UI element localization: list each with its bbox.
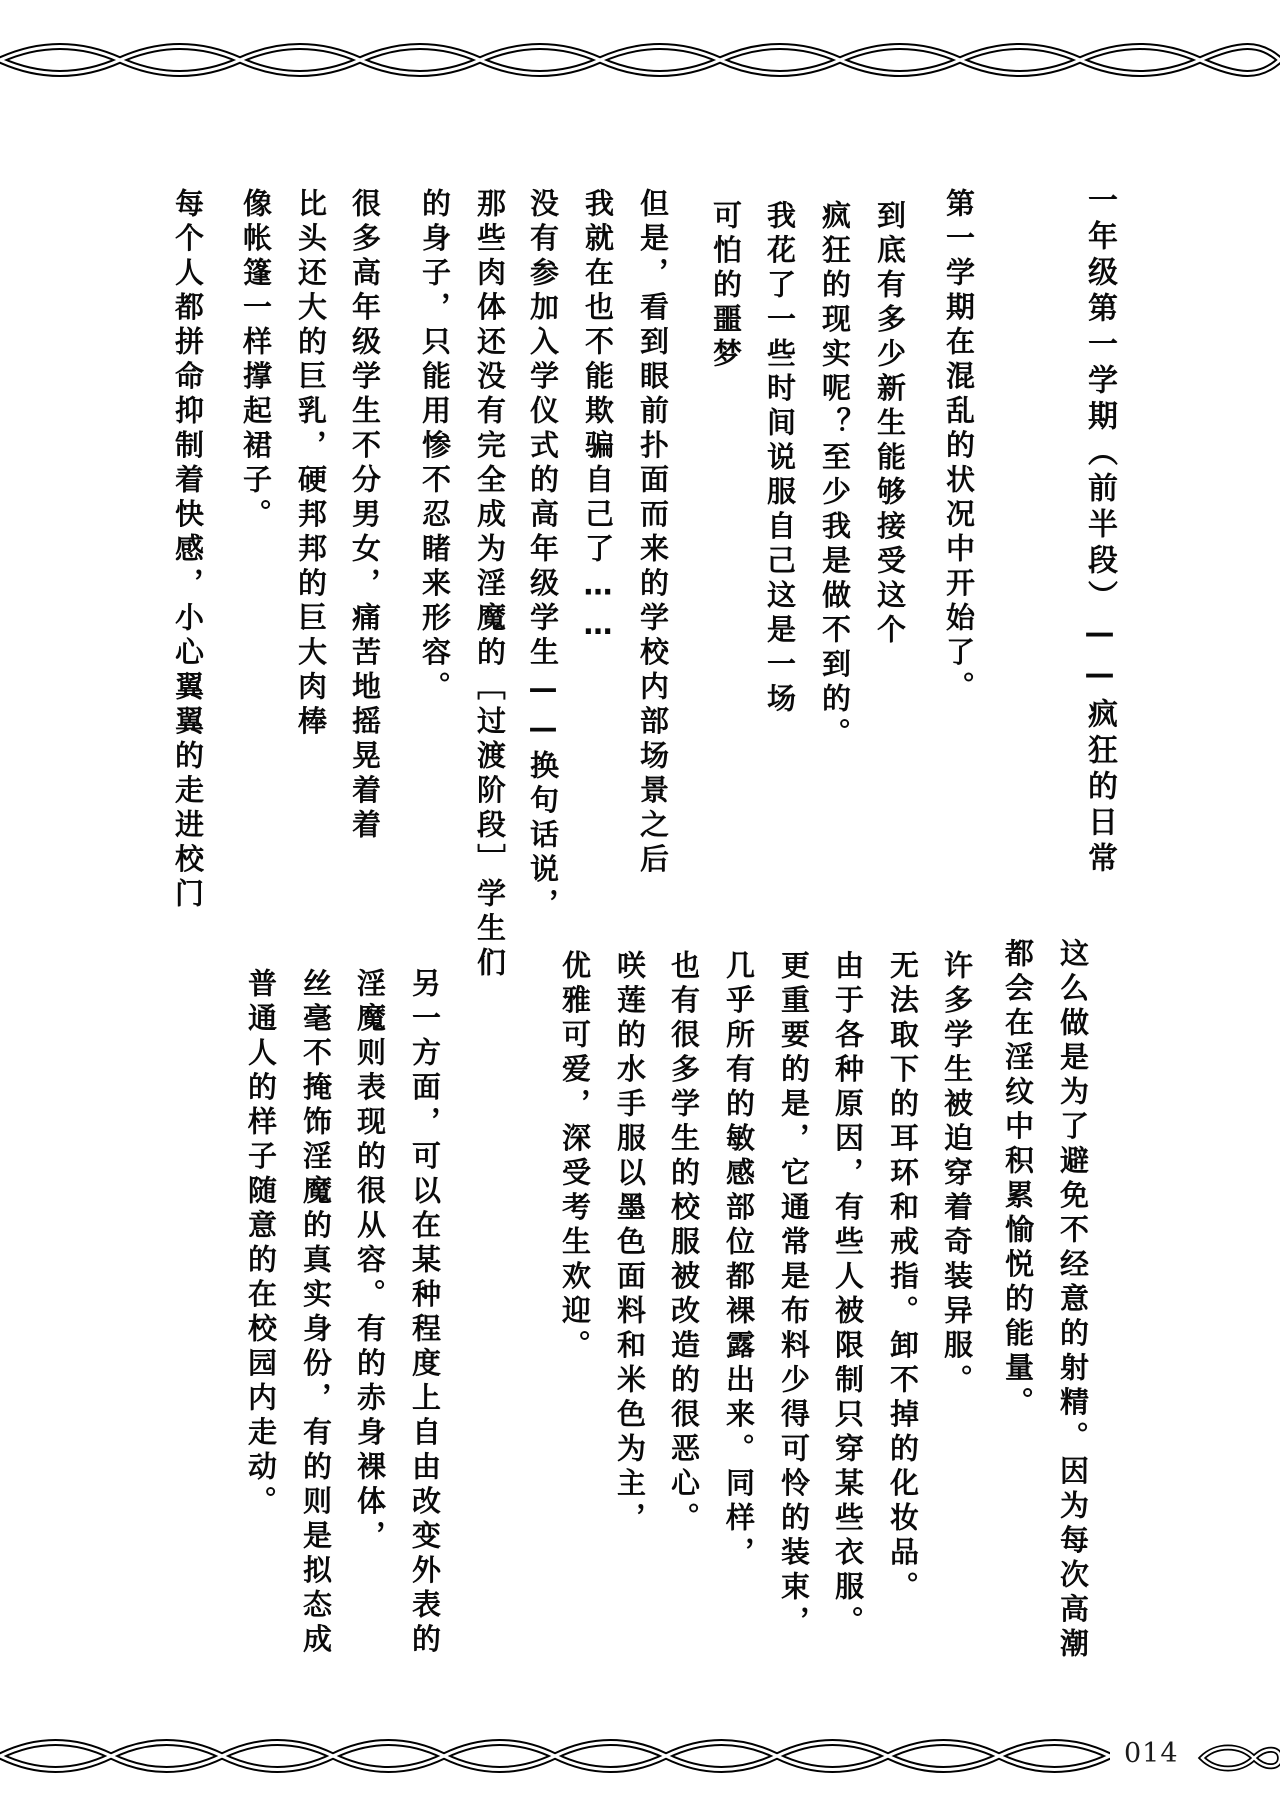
paragraph-column: 那些肉体还没有完全成为淫魔的［过渡阶段］学生们 bbox=[472, 188, 508, 982]
paragraph-column: 疯狂的现实呢？至少我是做不到的。 bbox=[817, 200, 853, 752]
paragraph-column: 也有很多学生的校服被改造的很恶心。 bbox=[666, 950, 702, 1537]
paragraph-column: 更重要的是，它通常是布料少得可怜的装束， bbox=[776, 950, 812, 1640]
paragraph-column: 我就在也不能欺骗自己了…… bbox=[580, 188, 616, 647]
chain-ornament-icon bbox=[0, 34, 1280, 82]
chain-end-ornament bbox=[1196, 1738, 1280, 1778]
paragraph-column: 像帐篷一样撑起裙子。 bbox=[238, 188, 274, 533]
paragraph-column: 的身子，只能用惨不忍睹来形容。 bbox=[417, 188, 453, 706]
chain-link-icon bbox=[1196, 1738, 1280, 1778]
chain-border-top bbox=[0, 34, 1280, 82]
paragraph-column: 丝毫不掩饰淫魔的真实身份，有的则是拟态成 bbox=[298, 968, 334, 1658]
page-number: 014 bbox=[1124, 1738, 1179, 1769]
paragraph-column: 可怕的噩梦 bbox=[708, 200, 744, 373]
paragraph-column: 我花了一些时间说服自己这是一场 bbox=[762, 200, 798, 718]
paragraph-column: 几乎所有的敏感部位都裸露出来。同样， bbox=[721, 950, 757, 1571]
paragraph-column: 但是，看到眼前扑面而来的学校内部场景之后 bbox=[635, 188, 671, 878]
paragraph-column: 淫魔则表现的很从容。有的赤身裸体， bbox=[352, 968, 388, 1555]
paragraph-column: 这么做是为了避免不经意的射精。因为每次高潮 bbox=[1055, 938, 1091, 1663]
paragraph-column: 到底有多少新生能够接受这个 bbox=[872, 200, 908, 649]
paragraph-column: 每个人都拼命抑制着快感，小心翼翼的走进校门 bbox=[170, 188, 206, 913]
paragraph-column: 很多高年级学生不分男女，痛苦地摇晃着着 bbox=[347, 188, 383, 844]
paragraph-column: 普通人的样子随意的在校园内走动。 bbox=[243, 968, 279, 1520]
paragraph-column: 许多学生被迫穿着奇装异服。 bbox=[939, 950, 975, 1399]
chain-border-bottom bbox=[0, 1732, 1110, 1780]
paragraph-column: 无法取下的耳环和戒指。卸不掉的化妆品。 bbox=[885, 950, 921, 1606]
paragraph-column: 比头还大的巨乳，硬邦邦的巨大肉棒 bbox=[293, 188, 329, 740]
chapter-title: 一年级第一学期（前半段）——疯狂的日常 bbox=[1081, 184, 1117, 878]
paragraph-column: 没有参加入学仪式的高年级学生——换句话说， bbox=[525, 188, 561, 923]
paragraph-column: 由于各种原因，有些人被限制只穿某些衣服。 bbox=[830, 950, 866, 1640]
paragraph-column: 都会在淫纹中积累愉悦的能量。 bbox=[1000, 938, 1036, 1421]
paragraph-column: 咲莲的水手服以墨色面料和米色为主， bbox=[612, 950, 648, 1537]
paragraph-column: 优雅可爱，深受考生欢迎。 bbox=[557, 950, 593, 1364]
paragraph-column: 另一方面，可以在某种程度上自由改变外表的 bbox=[407, 968, 443, 1658]
chain-ornament-icon bbox=[0, 1732, 1110, 1780]
paragraph-column: 第一学期在混乱的状况中开始了。 bbox=[941, 188, 977, 706]
